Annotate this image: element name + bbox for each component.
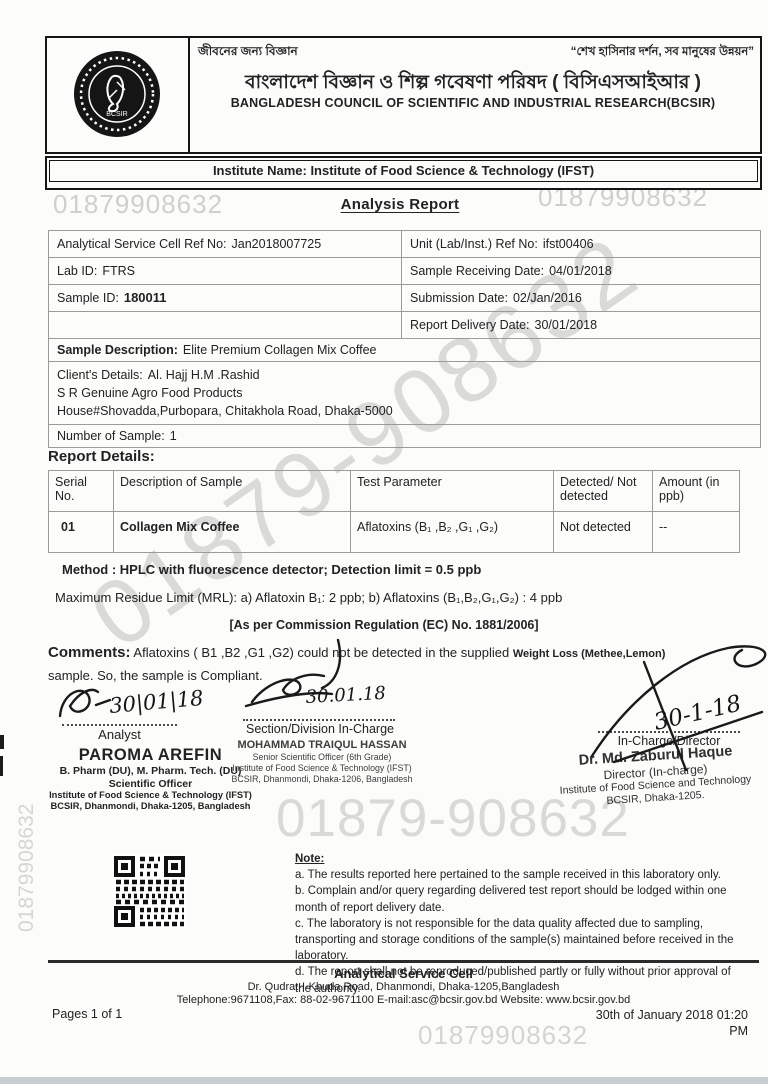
comments-label: Comments: bbox=[48, 644, 131, 661]
comments-inserted: Weight Loss (Methee,Lemon) bbox=[513, 648, 666, 660]
sample-count-row: Number of Sample:1 bbox=[49, 424, 760, 447]
regulation-line: [As per Commission Regulation (EC) No. 1… bbox=[26, 618, 742, 632]
lab-id-cell: Lab ID:FTRS bbox=[49, 258, 401, 285]
sample-count-value: 1 bbox=[170, 429, 177, 443]
slogan-left: জীবনের জন্য বিজ্ঞান bbox=[198, 43, 298, 63]
logo-cell: BCSIR bbox=[47, 38, 190, 152]
print-meridiem: PM bbox=[729, 1024, 748, 1038]
col-detected: Detected/ Not detected bbox=[554, 471, 653, 512]
submission-date-label: Submission Date: bbox=[410, 291, 508, 305]
analyst-signature-line bbox=[62, 724, 177, 726]
submission-date-cell: Submission Date:02/Jan/2016 bbox=[402, 285, 760, 312]
analyst-date-handwritten: 30|01|18 bbox=[108, 686, 204, 719]
lab-id-value: FTRS bbox=[102, 264, 135, 278]
sample-description-row: Sample Description:Elite Premium Collage… bbox=[49, 338, 760, 361]
delivery-date-value: 30/01/2018 bbox=[535, 318, 598, 332]
client-line2: S R Genuine Agro Food Products bbox=[57, 384, 752, 402]
analyst-role: Analyst bbox=[62, 727, 177, 742]
asc-ref-label: Analytical Service Cell Ref No: bbox=[57, 237, 227, 251]
bcsir-seal-icon: BCSIR bbox=[71, 48, 163, 140]
footer-address: Dr. Qudrat-I-Khuda Road, Dhanmondi, Dhak… bbox=[48, 981, 759, 993]
notes-heading: Note: bbox=[295, 851, 747, 867]
print-datetime: 30th of January 2018 01:20 PM bbox=[520, 1007, 748, 1039]
row-serial: 01 bbox=[49, 512, 114, 552]
footer-cell-name: Analytical Service Cell bbox=[48, 966, 759, 981]
comments-block: Comments: Aflatoxins ( B1 ,B2 ,G1 ,G2) c… bbox=[48, 642, 760, 687]
incharge-address: BCSIR, Dhanmondi, Dhaka-1206, Bangladesh bbox=[226, 774, 418, 784]
submission-date-value: 02/Jan/2016 bbox=[513, 291, 582, 305]
analyst-title: Scientific Officer bbox=[48, 778, 253, 790]
col-serial: Serial No. bbox=[49, 471, 114, 512]
analyst-name: PAROMA AREFIN bbox=[48, 746, 253, 765]
analyst-degree: B. Pharm (DU), M. Pharm. Tech. (DU) bbox=[48, 765, 253, 777]
scan-artifact bbox=[0, 735, 4, 749]
client-label: Client's Details: bbox=[57, 368, 143, 382]
incharge-institute: Institute of Food Science & Technology (… bbox=[226, 763, 418, 773]
analyst-institute: Institute of Food Science & Technology (… bbox=[48, 790, 253, 800]
report-title: Analysis Report bbox=[0, 196, 768, 213]
unit-ref-cell: Unit (Lab/Inst.) Ref No:ifst00406 bbox=[402, 231, 760, 258]
row-parameter: Aflatoxins (B₁ ,B₂ ,G₁ ,G₂) bbox=[351, 512, 554, 552]
institute-name-bar: Institute Name: Institute of Food Scienc… bbox=[45, 156, 762, 190]
receiving-date-label: Sample Receiving Date: bbox=[410, 264, 544, 278]
scan-artifact bbox=[0, 756, 3, 776]
institute-name-text: Institute Name: Institute of Food Scienc… bbox=[49, 160, 758, 182]
slogan-right: “শেখ হাসিনার দর্শন, সব মানুষের উন্নয়ন” bbox=[454, 43, 754, 62]
director-signature-line bbox=[598, 731, 740, 733]
page-indicator: Pages 1 of 1 bbox=[52, 1007, 122, 1021]
header-box: BCSIR জীবনের জন্য বিজ্ঞান “শেখ হাসিনার দ… bbox=[45, 36, 762, 154]
report-details-heading: Report Details: bbox=[48, 448, 155, 465]
report-details-table: Serial No. Description of Sample Test Pa… bbox=[48, 470, 740, 553]
sample-info-table: Analytical Service Cell Ref No:Jan201800… bbox=[48, 230, 761, 448]
qr-code-icon bbox=[112, 854, 187, 929]
row-amount: -- bbox=[653, 512, 739, 552]
scan-edge bbox=[0, 1077, 768, 1084]
asc-ref-value: Jan2018007725 bbox=[232, 237, 322, 251]
unit-ref-label: Unit (Lab/Inst.) Ref No: bbox=[410, 237, 538, 251]
org-name-english: BANGLADESH COUNCIL OF SCIENTIFIC AND IND… bbox=[192, 96, 754, 110]
client-line3: House#Shovadda,Purbopara, Chitakhola Roa… bbox=[57, 402, 752, 420]
delivery-date-label: Report Delivery Date: bbox=[410, 318, 530, 332]
method-line: Method : HPLC with fluorescence detector… bbox=[62, 562, 481, 577]
analyst-address: BCSIR, Dhanmondi, Dhaka-1205, Bangladesh bbox=[48, 801, 253, 811]
client-name: Al. Hajj H.M .Rashid bbox=[148, 368, 260, 382]
scanned-analysis-report: 01879908632 01879908632 01879-908632 018… bbox=[0, 0, 768, 1084]
comments-text2: sample. So, the sample is Compliant. bbox=[48, 668, 263, 683]
incharge-signature-line bbox=[243, 719, 395, 721]
client-details-row: Client's Details:Al. Hajj H.M .Rashid S … bbox=[49, 361, 760, 424]
comments-text1: Aflatoxins ( B1 ,B2 ,G1 ,G2) could not b… bbox=[133, 645, 509, 660]
seal-text: BCSIR bbox=[106, 111, 127, 118]
asc-ref-cell: Analytical Service Cell Ref No:Jan201800… bbox=[49, 231, 401, 258]
sample-id-value: 180011 bbox=[124, 290, 167, 305]
note-item-b: b. Complain and/or query regarding deliv… bbox=[295, 883, 747, 915]
col-amount: Amount (in ppb) bbox=[653, 471, 739, 512]
footer-contact: Telephone:9671108,Fax: 88-02-9671100 E-m… bbox=[48, 994, 759, 1006]
receiving-date-cell: Sample Receiving Date:04/01/2018 bbox=[402, 258, 760, 285]
director-date-handwritten: 30-1-18 bbox=[652, 691, 744, 736]
incharge-title: Senior Scientific Officer (6th Grade) bbox=[226, 752, 418, 762]
row-detected: Not detected bbox=[554, 512, 653, 552]
sample-description-value: Elite Premium Collagen Mix Coffee bbox=[183, 343, 377, 357]
lab-id-label: Lab ID: bbox=[57, 264, 97, 278]
watermark-phone-left-vertical: 01879908632 bbox=[15, 772, 39, 932]
receiving-date-value: 04/01/2018 bbox=[549, 264, 612, 278]
delivery-date-cell: Report Delivery Date:30/01/2018 bbox=[402, 312, 760, 338]
col-parameter: Test Parameter bbox=[351, 471, 554, 512]
incharge-role: Section/Division In-Charge bbox=[230, 722, 410, 736]
print-date: 30th of January 2018 01:20 bbox=[596, 1008, 748, 1022]
sample-id-cell: Sample ID:180011 bbox=[49, 285, 401, 312]
sample-count-label: Number of Sample: bbox=[57, 429, 165, 443]
col-description: Description of Sample bbox=[114, 471, 351, 512]
note-item-c: c. The laboratory is not responsible for… bbox=[295, 916, 747, 965]
sample-description-label: Sample Description: bbox=[57, 343, 178, 357]
incharge-name: MOHAMMAD TRAIQUL HASSAN bbox=[226, 739, 418, 751]
empty-cell bbox=[49, 312, 401, 338]
footer-rule bbox=[48, 960, 759, 963]
sample-id-label: Sample ID: bbox=[57, 291, 119, 305]
note-item-a: a. The results reported here pertained t… bbox=[295, 867, 747, 883]
row-description: Collagen Mix Coffee bbox=[114, 512, 351, 552]
mrl-line: Maximum Residue Limit (MRL): a) Aflatoxi… bbox=[55, 590, 562, 605]
unit-ref-value: ifst00406 bbox=[543, 237, 594, 251]
